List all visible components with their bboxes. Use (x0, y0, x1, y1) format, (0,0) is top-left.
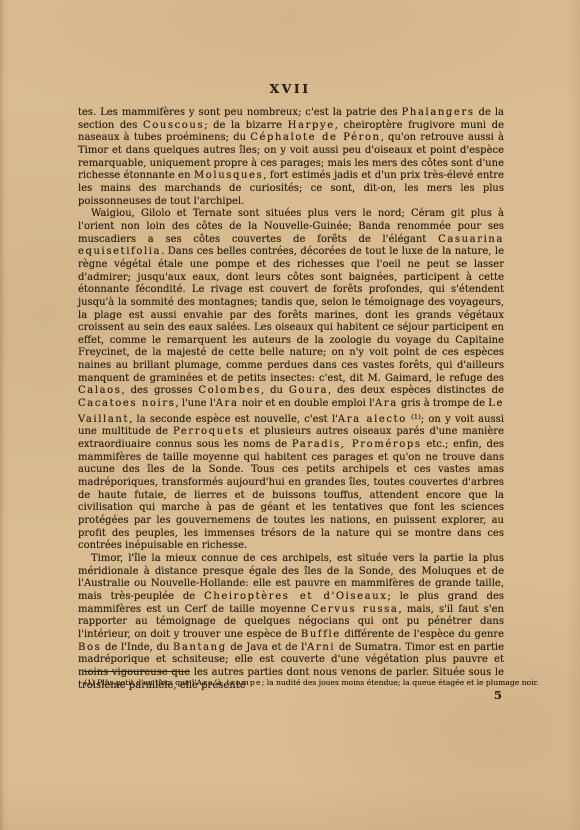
body-text: noir et en double emploi l' (239, 398, 376, 409)
emphasized-name: Bos (78, 642, 101, 653)
footnote-reference: (1) (411, 413, 421, 421)
emphasized-name: Ara alecto (338, 414, 407, 425)
emphasized-name: Couscous (143, 120, 204, 131)
footnote-rule (84, 671, 190, 672)
emphasized-name: Arni (307, 642, 335, 653)
emphasized-name: Molusques (194, 170, 263, 181)
emphasized-name: Perroquets (173, 426, 245, 437)
body-text: , du (261, 385, 289, 396)
emphasized-name: Harpye (288, 120, 335, 131)
emphasized-name: Bantang (173, 642, 227, 653)
text-block: tes. Les mammifères y sont peu nombreux;… (78, 107, 504, 692)
emphasized-name: Colombes (198, 385, 261, 396)
emphasized-name: Ara (375, 398, 398, 409)
emphasized-name: Ara (216, 398, 239, 409)
emphasized-name: Ara à trompe (196, 678, 261, 687)
body-text: tes. Les mammifères y sont peu nombreux;… (78, 107, 402, 118)
body-text: . Dans ces belles contrées, décorées de … (78, 246, 504, 384)
emphasized-name: Phalangers (402, 107, 475, 118)
body-text: , la seconde espèce est nouvelle, c'est … (129, 414, 338, 425)
emphasized-name: Buffle (301, 629, 341, 640)
body-text: , des deux espèces distinctes de (328, 385, 504, 396)
body-text: etc.; enfin, des mammifères de taille mo… (78, 439, 504, 551)
paragraph-1: tes. Les mammifères y sont peu nombreux;… (78, 107, 504, 208)
emphasized-name: Cheiroptères et d'Oiseaux (204, 591, 387, 602)
body-text: gris à trompe de (398, 398, 488, 409)
body-text: , l'une l' (175, 398, 215, 409)
emphasized-name: Paradis, Promérops (292, 439, 422, 450)
body-text: de l'Inde, du (101, 642, 173, 653)
body-text: , des grosses (122, 385, 199, 396)
paragraph-2: Waigiou, Gilolo et Ternate sont situées … (78, 208, 504, 553)
emphasized-name: Calaos (78, 385, 122, 396)
emphasized-name: Céphalote de Péron (250, 132, 380, 143)
emphasized-name: Cervus russa (311, 604, 398, 615)
page-number: 5 (494, 688, 502, 702)
emphasized-name: Goura (289, 385, 328, 396)
page-header-roman-numeral: XVII (0, 81, 580, 96)
emphasized-name: Cacatoes noirs (78, 398, 175, 409)
body-text: ; la nudité des joues moins étendue; la … (262, 678, 539, 687)
body-text: différente de l'espèce du genre (341, 629, 504, 640)
footnote: (1) Plus petit d'un tiers que l'Ara à tr… (84, 678, 554, 688)
body-text: (1) Plus petit d'un tiers que l' (84, 678, 196, 687)
body-text: de Java et de l' (227, 642, 307, 653)
body-text: ; de la bizarre (204, 120, 287, 131)
book-page: XVII tes. Les mammifères y sont peu nomb… (0, 0, 580, 830)
